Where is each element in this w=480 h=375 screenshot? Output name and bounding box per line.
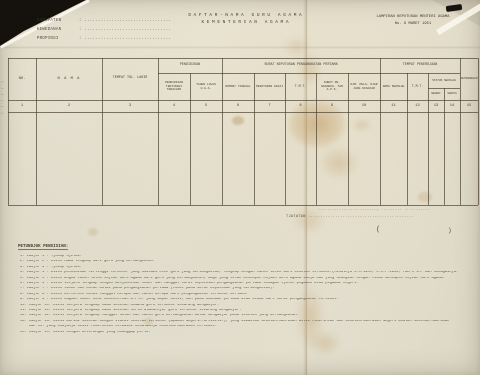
header-swasta: SWASTA	[444, 88, 460, 100]
note-line-5: 5. Ladjur 5 : Diisi angka tahun lulus Ud…	[20, 277, 445, 281]
table-bottom-border	[8, 205, 478, 206]
group-pendidikan: PENDIDIKAN	[158, 58, 222, 73]
note-line-12: 12. Ladjur 12: Diisi setjara lengkap tan…	[20, 314, 299, 318]
attachment-note-line2: No. 9 MARET 1951	[358, 22, 468, 26]
colnum-6: 6	[222, 100, 254, 112]
header-nomor-tanggal: NOMOR/ TANGGAL	[222, 73, 254, 100]
header-surat-apk: SURAT PE- NGANGKA- TAN A.P.K.	[316, 73, 348, 100]
document-page: (·|·(·|·(·| KABUPATEN: .................…	[0, 0, 480, 375]
field-propinsi-dots: : ................................	[79, 37, 171, 41]
speck-3	[88, 228, 98, 236]
colnum-15: 15	[460, 100, 478, 112]
colnum-5: 5	[190, 100, 222, 112]
header-no: NO.	[8, 58, 36, 100]
note-line-10: 10. Ladjur 10: Diisi setjara lengkap nam…	[20, 304, 219, 308]
note-line-4: 4. Ladjur 4 : Diisi pendidikan tertinggi…	[20, 271, 458, 275]
colnum-1: 1	[8, 100, 36, 112]
tjatatan-line: TJATATAN ...............................…	[286, 215, 414, 219]
field-kewedanan-label: KEWEDANAN	[37, 28, 79, 32]
header-nama: N A M A	[36, 58, 102, 100]
document-subtitle: K E M E N T E R I A N A G A M A	[170, 20, 320, 25]
stain-upper-crease	[282, 36, 312, 58]
colnum-9: 9	[316, 100, 348, 112]
note-line-7: 7. Ladjur 7 : Diisi tahun dan bulan mula…	[20, 287, 274, 291]
header-tmt-2: T.M.T.	[407, 73, 428, 100]
field-kabupaten-dots: : ................................	[79, 19, 171, 23]
header-nama-sekolah: NAMA SEKOLAH	[380, 73, 407, 100]
margin-vertical-text: (·|·(·|·(·|	[1, 34, 5, 114]
header-tahun-lulus: TAHUN LULUS U.G.A.	[190, 73, 222, 100]
header-djumlah-peladjar: DJM. PELA- DJAR JANG DIADJAR	[348, 73, 380, 100]
colnum-11: 11	[380, 100, 407, 112]
document-title: D A F T A R - N A M A G U R U A G A M A	[170, 13, 320, 18]
field-propinsi-label: PROPINSI	[37, 37, 79, 41]
stain-bottom-center	[308, 330, 342, 356]
group-surat-pengangkatan: SURAT KEPUTUSAN PENGANGKATAN PERTAMA	[222, 58, 380, 73]
field-kewedanan-dots: : ................................	[79, 28, 171, 32]
stain-mid-center	[318, 146, 360, 180]
colnum-4: 4	[158, 100, 190, 112]
note-line-8: 8. Ladjur 8 : Diisi berturut2 mulai tang…	[20, 293, 248, 297]
field-kabupaten-label: KABUPATEN	[37, 19, 79, 23]
signature-paren-left: (	[376, 226, 380, 234]
horizontal-fold-crease	[0, 46, 480, 49]
colnum-3: 3	[102, 100, 158, 112]
header-tmt-1: T.M.T.	[285, 73, 316, 100]
header-peraturan-gadji: PERATURAN GADJI	[254, 73, 285, 100]
group-tempat-pekerdjaan: TEMPAT PEKERDJAAN	[380, 58, 460, 73]
speck-2	[418, 192, 432, 202]
note-line-9: 9. Ladjur 9 : Diisi bagian nomor kode Ke…	[20, 298, 339, 302]
note-line-15: 15. Ladjur 15: diisi dengan keterangan j…	[20, 331, 151, 335]
note-line-6: 6. Ladjur 6 : Diisi setjara lengkap deng…	[20, 282, 359, 286]
colnum-10: 10	[348, 100, 380, 112]
place-date-line: ........................., ......... ...…	[318, 208, 430, 212]
header-negeri: NEGERI	[428, 88, 444, 100]
colnum-7: 7	[254, 100, 285, 112]
table-right-border	[478, 58, 479, 205]
colnum-8: 8	[285, 100, 316, 112]
header-tempat-tgl-lahir: TEMPAT TGL. LAHIR	[102, 58, 158, 100]
signature-paren-right: )	[448, 227, 452, 234]
colnum-14: 14	[444, 100, 460, 112]
note-line-3: 3. Ladjur 3 : Tjukup djelas.	[20, 266, 82, 270]
notes-title: PETUNDJUK PENGISIAN:	[18, 245, 68, 250]
note-line-1: 1. Ladjur 1 : Tjukup djelas.	[20, 255, 82, 259]
colnum-12: 12	[407, 100, 428, 112]
header-keterangan: KETERANGAN	[460, 58, 478, 100]
group-status-sekolah: STATUS SEKOLAH	[428, 73, 460, 88]
note-line-11: 11. Ladjur 11: Diisi setjara lengkap nam…	[20, 309, 241, 313]
note-line-14: dan 14: jang biajanja diisi Pemerintah t…	[20, 325, 217, 329]
colnum-2: 2	[36, 100, 102, 112]
note-line-13: 13. Ladjur 13: diisi murid2 sekolah deng…	[20, 320, 449, 324]
note-line-2: 2. Ladjur 2 : Diisi nama lengkap dari gu…	[20, 260, 155, 264]
attachment-note-line1: LAMPIRAN KEPUTUSAN MENTERI AGAMA	[358, 15, 468, 19]
field-propinsi: PROPINSI: ..............................…	[26, 33, 171, 45]
header-pendidikan-tertinggi: PENDIDIKAN TERTINGGI TERACHIR	[158, 73, 190, 100]
colnum-13: 13	[428, 100, 444, 112]
speck-1	[232, 116, 244, 125]
stain-col9	[352, 118, 372, 132]
